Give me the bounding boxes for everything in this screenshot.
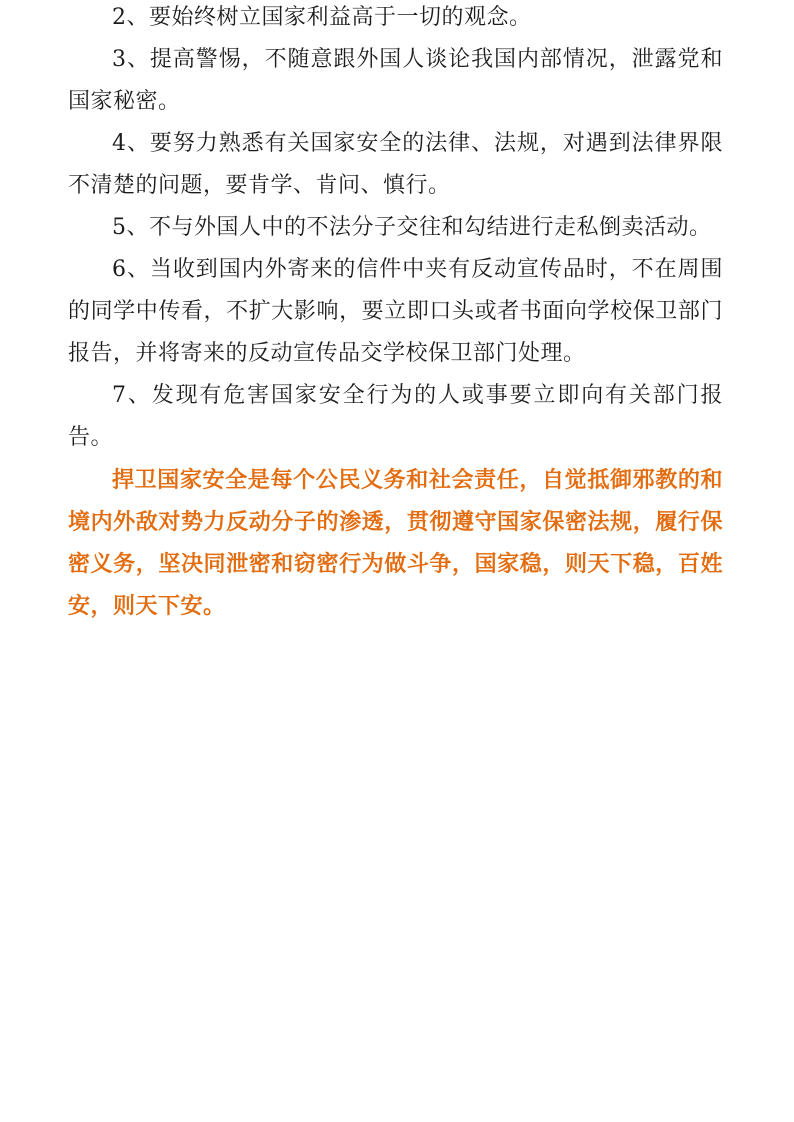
paragraph-item-5: 5、不与外国人中的不法分子交往和勾结进行走私倒卖活动。 [68, 207, 723, 249]
paragraph-item-3: 3、提高警惕，不随意跟外国人谈论我国内部情况，泄露党和国家秘密。 [68, 39, 723, 123]
paragraph-conclusion-highlight: 捍卫国家安全是每个公民义务和社会责任，自觉抵御邪教的和境内外敌对势力反动分子的渗… [68, 459, 723, 627]
paragraph-item-4: 4、要努力熟悉有关国家安全的法律、法规，对遇到法律界限不清楚的问题，要肯学、肯问… [68, 123, 723, 207]
paragraph-item-7: 7、发现有危害国家安全行为的人或事要立即向有关部门报告。 [68, 375, 723, 459]
document-body: 2、要始终树立国家利益高于一切的观念。 3、提高警惕，不随意跟外国人谈论我国内部… [68, 0, 723, 627]
paragraph-item-2: 2、要始终树立国家利益高于一切的观念。 [68, 0, 723, 39]
document-page: 2、要始终树立国家利益高于一切的观念。 3、提高警惕，不随意跟外国人谈论我国内部… [0, 0, 794, 1122]
paragraph-item-6: 6、当收到国内外寄来的信件中夹有反动宣传品时，不在周围的同学中传看，不扩大影响，… [68, 249, 723, 375]
